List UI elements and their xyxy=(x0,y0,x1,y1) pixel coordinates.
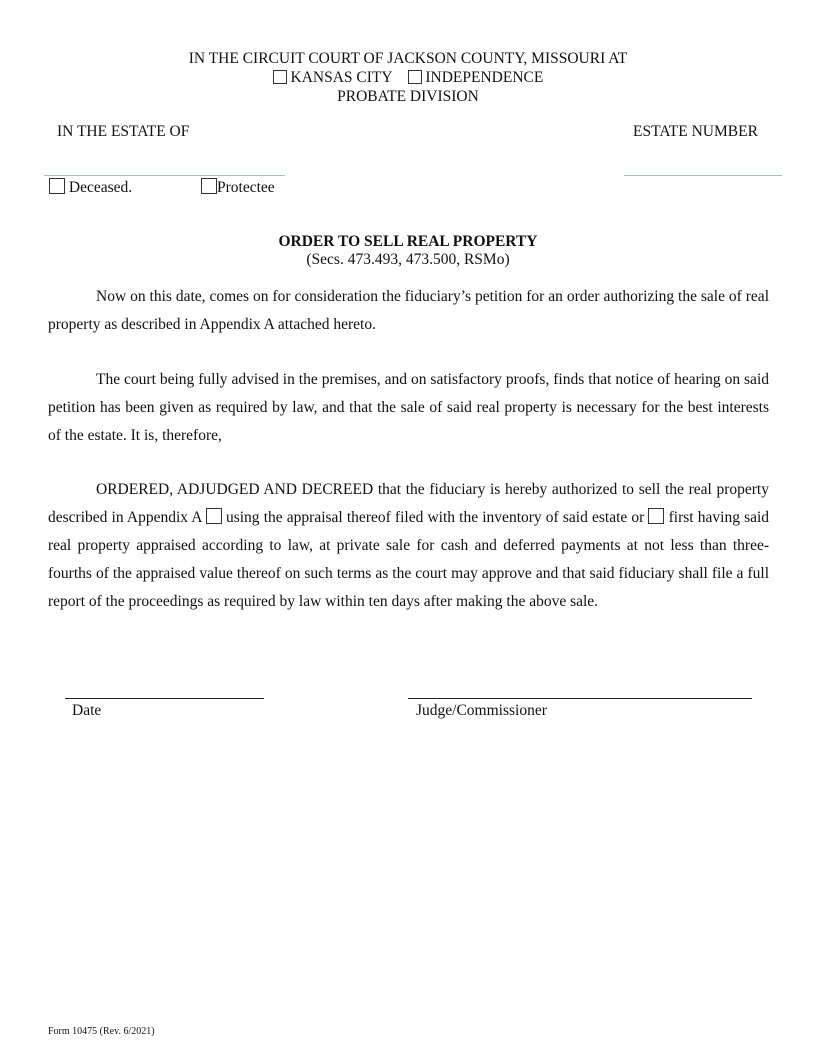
protectee-checkbox[interactable] xyxy=(201,178,217,194)
deceased-option: Deceased. xyxy=(49,178,132,197)
paragraph-findings: The court being fully advised in the pre… xyxy=(48,366,769,450)
form-number: Form 10475 (Rev. 6/2021) xyxy=(48,1026,155,1037)
deceased-checkbox[interactable] xyxy=(49,178,65,194)
paragraph-order: ORDERED, ADJUDGED AND DECREED that the f… xyxy=(48,476,769,616)
paragraph-petition: Now on this date, comes on for considera… xyxy=(48,283,769,339)
document-title: ORDER TO SELL REAL PROPERTY xyxy=(0,233,816,251)
judge-signature-line[interactable] xyxy=(408,698,752,699)
estate-of-label: IN THE ESTATE OF xyxy=(57,123,189,141)
deceased-label: Deceased. xyxy=(69,179,132,196)
division-heading: PROBATE DIVISION xyxy=(0,87,816,107)
location-options: KANSAS CITY INDEPENDENCE xyxy=(0,68,816,88)
independence-label: INDEPENDENCE xyxy=(425,69,543,86)
estate-number-label: ESTATE NUMBER xyxy=(633,123,758,141)
estate-number-field[interactable] xyxy=(624,175,782,176)
independence-checkbox[interactable] xyxy=(408,70,422,84)
kansas-city-label: KANSAS CITY xyxy=(291,69,392,86)
date-label: Date xyxy=(72,702,101,720)
protectee-option: Protectee xyxy=(201,178,275,197)
statute-reference: (Secs. 473.493, 473.500, RSMo) xyxy=(0,251,816,269)
estate-of-field[interactable] xyxy=(44,175,285,176)
protectee-label: Protectee xyxy=(217,179,275,196)
kansas-city-checkbox[interactable] xyxy=(273,70,287,84)
first-appraise-checkbox[interactable] xyxy=(648,508,664,524)
judge-label: Judge/Commissioner xyxy=(416,702,547,720)
use-inventory-appraisal-checkbox[interactable] xyxy=(206,508,222,524)
date-signature-line[interactable] xyxy=(65,698,264,699)
court-heading: IN THE CIRCUIT COURT OF JACKSON COUNTY, … xyxy=(0,49,816,69)
